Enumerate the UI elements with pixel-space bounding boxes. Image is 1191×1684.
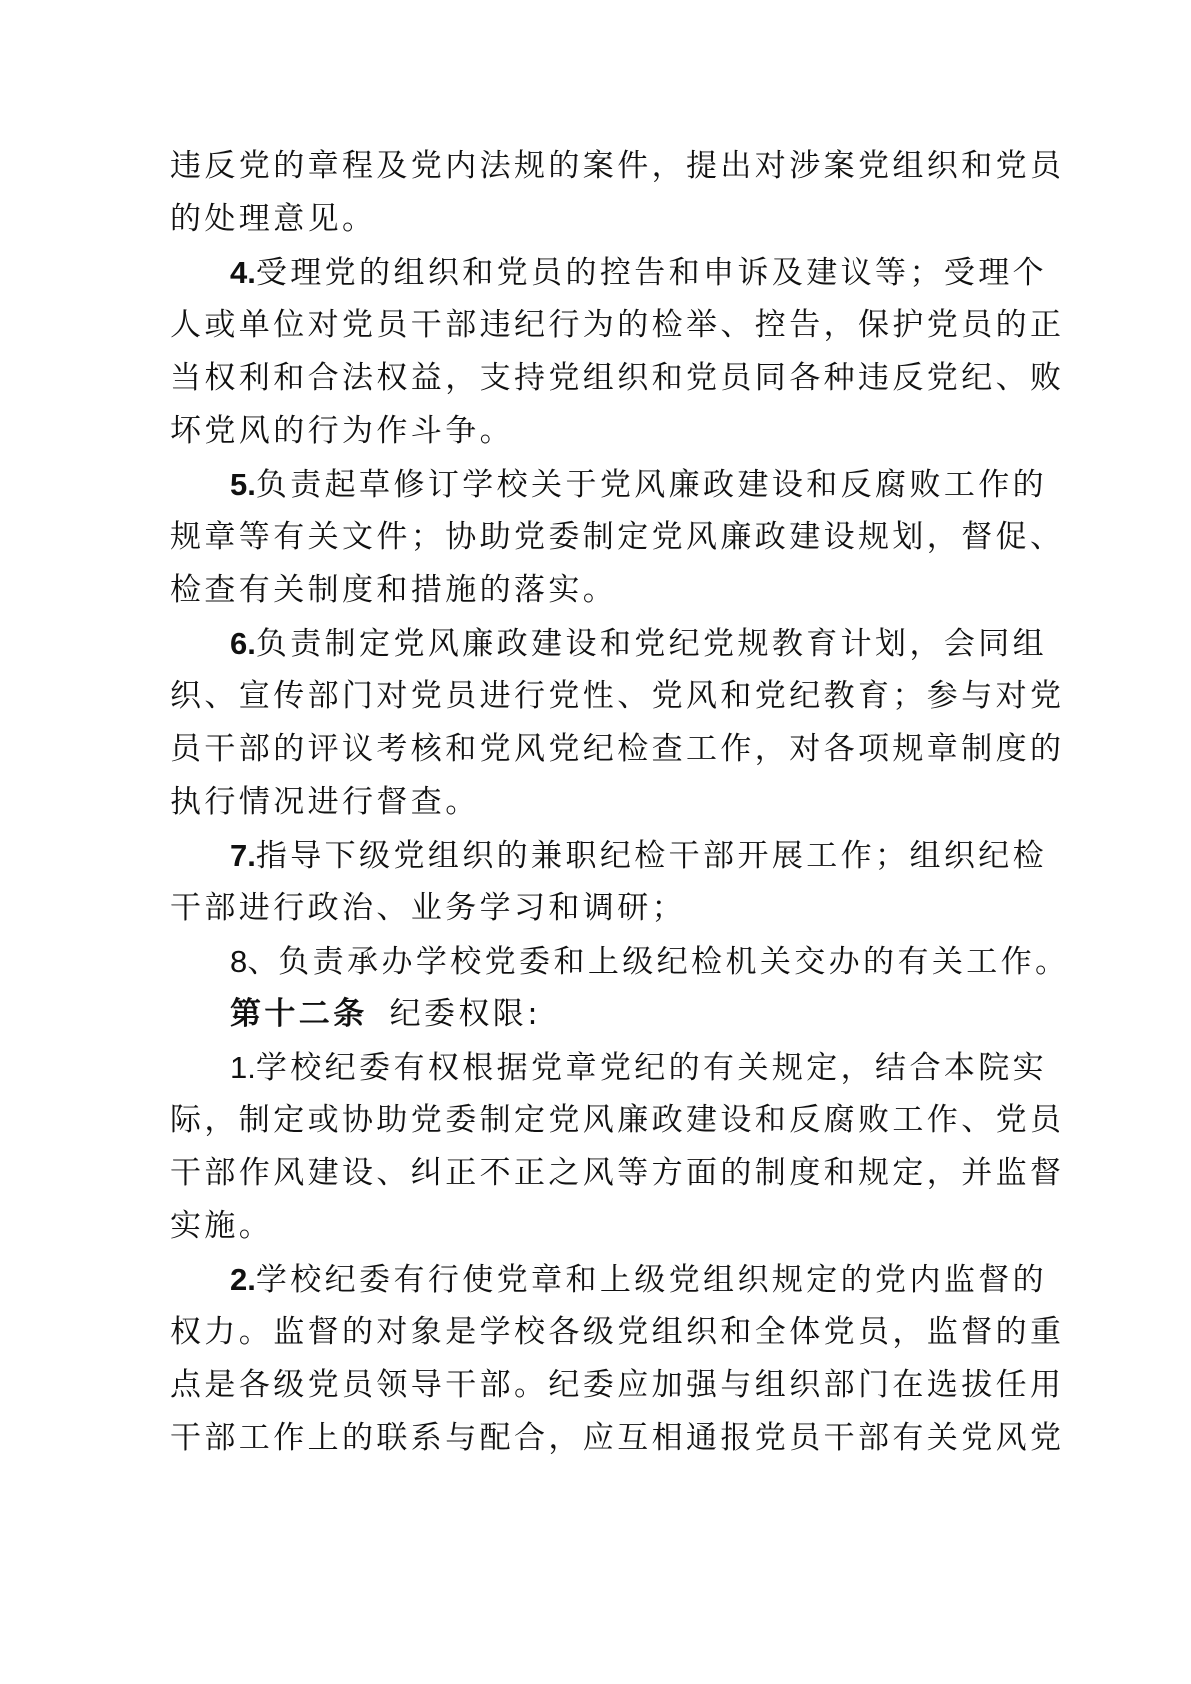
item-number: 2. [230, 1262, 256, 1297]
paragraph-line: 执行情况进行督查。 [170, 776, 942, 829]
paragraph-line: 际，制定或协助党委制定党风廉政建设和反腐败工作、党员 [170, 1094, 942, 1147]
paragraph-line: 检查有关制度和措施的落实。 [170, 564, 942, 617]
paragraph-line: 点是各级党员领导干部。纪委应加强与组织部门在选拔任用 [170, 1359, 942, 1412]
paragraph-line: 违反党的章程及党内法规的案件，提出对涉案党组织和党员 [170, 140, 942, 193]
list-item-5-first-line: 5.负责起草修订学校关于党风廉政建设和反腐败工作的 [170, 458, 942, 511]
paragraph-line: 实施。 [170, 1200, 942, 1253]
item-number: 6. [230, 626, 256, 661]
paragraph-line: 的处理意见。 [170, 193, 942, 246]
list-item-6-first-line: 6.负责制定党风廉政建设和党纪党规教育计划，会同组 [170, 617, 942, 670]
document-page: 违反党的章程及党内法规的案件，提出对涉案党组织和党员 的处理意见。 4.受理党的… [170, 140, 942, 1465]
list-item-8-first-line: 8、负责承办学校党委和上级纪检机关交办的有关工作。 [170, 935, 942, 988]
article-12-heading: 第十二条纪委权限: [170, 988, 942, 1041]
paragraph-line: 干部工作上的联系与配合，应互相通报党员干部有关党风党 [170, 1412, 942, 1465]
paragraph-line: 人或单位对党员干部违纪行为的检举、控告，保护党员的正 [170, 299, 942, 352]
item-number: 5. [230, 467, 256, 502]
item-number: 4. [230, 255, 256, 290]
paragraph-line: 干部进行政治、业务学习和调研； [170, 882, 942, 935]
item-number: 7. [230, 838, 256, 873]
paragraph-line: 当权利和合法权益，支持党组织和党员同各种违反党纪、败 [170, 352, 942, 405]
paragraph-line: 权力。监督的对象是学校各级党组织和全体党员，监督的重 [170, 1306, 942, 1359]
article-number: 第十二条 [230, 996, 368, 1032]
paragraph-line: 干部作风建设、纠正不正之风等方面的制度和规定，并监督 [170, 1147, 942, 1200]
list-item-4-first-line: 4.受理党的组织和党员的控告和申诉及建议等；受理个 [170, 246, 942, 299]
paragraph-line: 织、宣传部门对党员进行党性、党风和党纪教育；参与对党 [170, 670, 942, 723]
paragraph-line: 员干部的评议考核和党风党纪检查工作，对各项规章制度的 [170, 723, 942, 776]
paragraph-line: 规章等有关文件；协助党委制定党风廉政建设规划，督促、 [170, 511, 942, 564]
item-number: 8、 [230, 944, 278, 979]
paragraph-line: 坏党风的行为作斗争。 [170, 405, 942, 458]
list-item-7-first-line: 7.指导下级党组织的兼职纪检干部开展工作；组织纪检 [170, 829, 942, 882]
article-title: 纪委权限: [390, 996, 541, 1032]
article-12-item-1-first-line: 1.学校纪委有权根据党章党纪的有关规定，结合本院实 [170, 1041, 942, 1094]
article-12-item-2-first-line: 2.学校纪委有行使党章和上级党组织规定的党内监督的 [170, 1253, 942, 1306]
item-number: 1. [230, 1050, 256, 1085]
